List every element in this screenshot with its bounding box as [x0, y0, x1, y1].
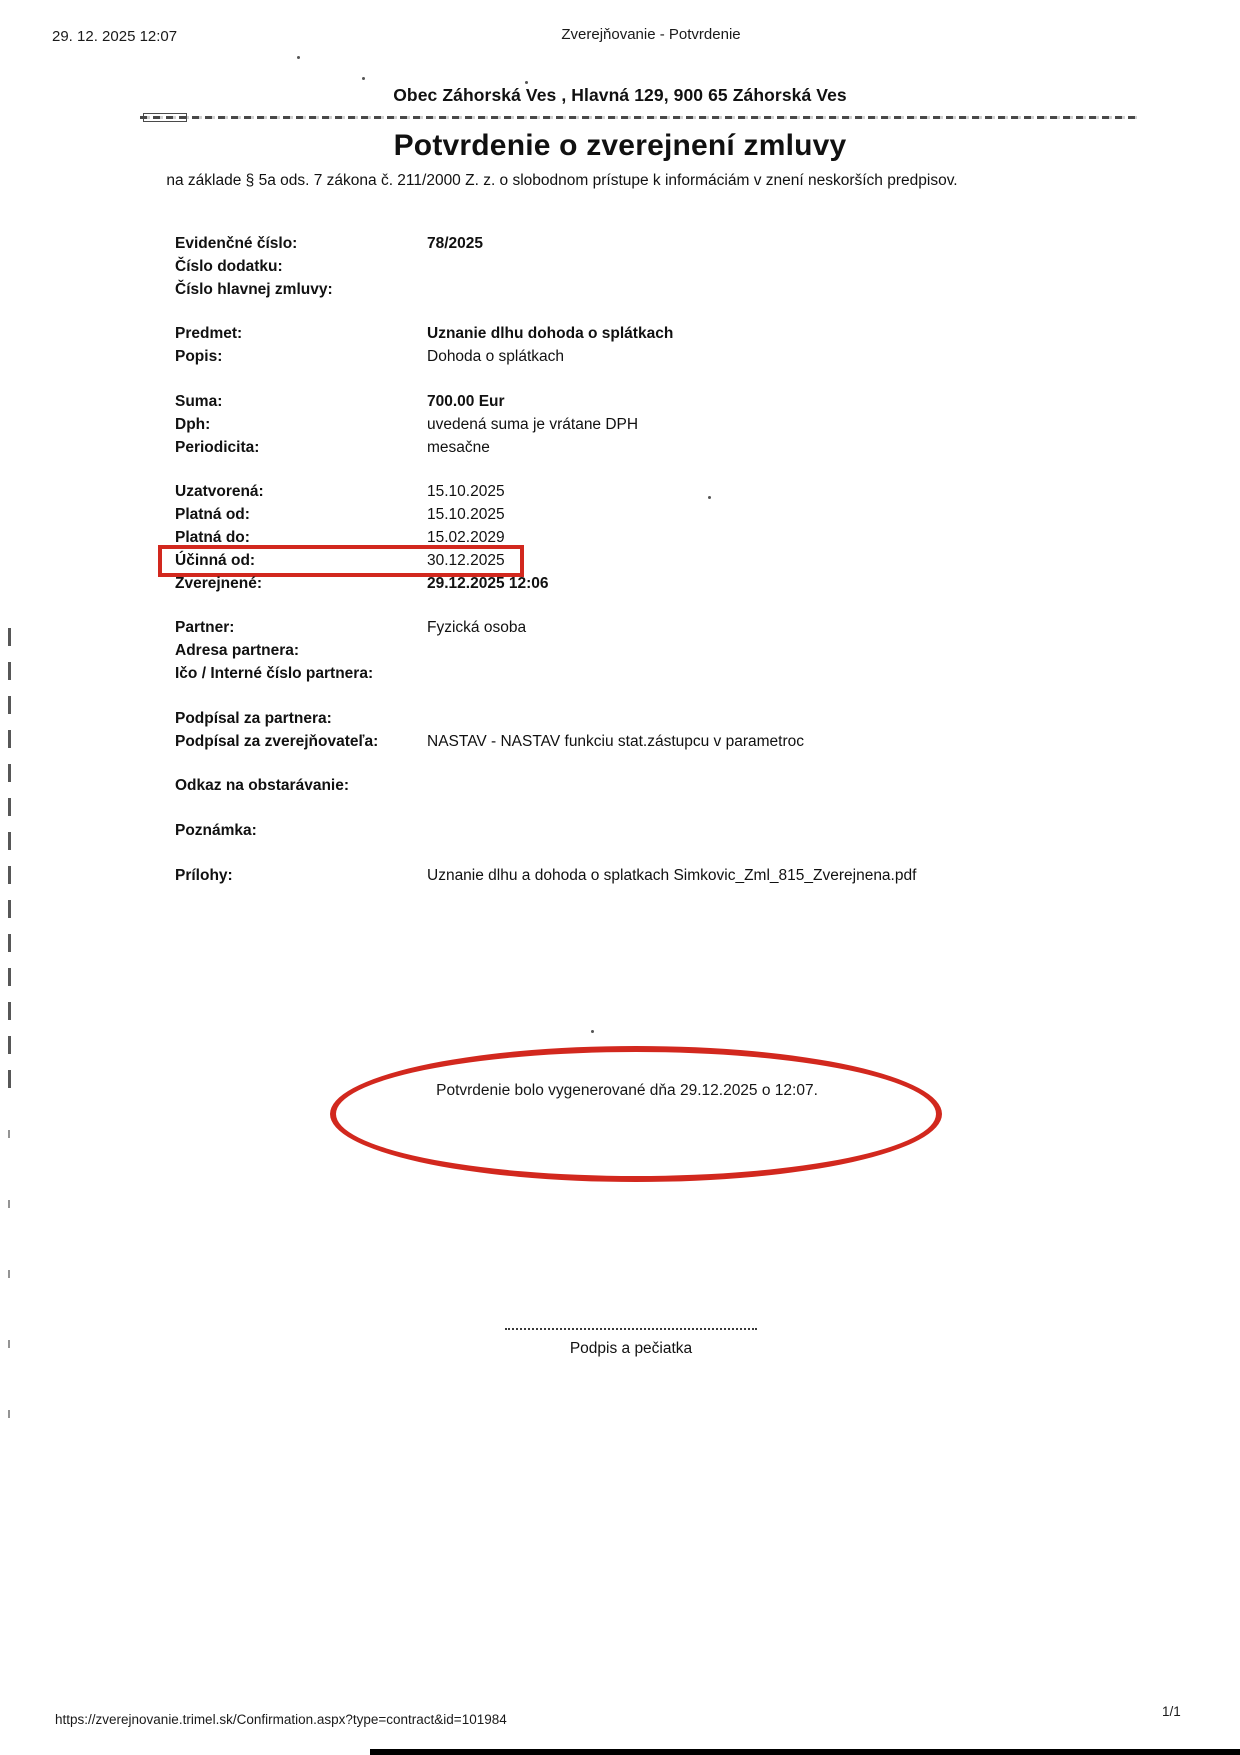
field-ico-interne-cislo-partnera: Ičo / Interné číslo partnera:	[175, 663, 1200, 686]
field-label: Prílohy:	[175, 865, 427, 888]
page-number: 1/1	[1162, 1704, 1181, 1719]
field-value: mesačne	[427, 437, 490, 460]
field-group-dates: Uzatvorená: 15.10.2025 Platná od: 15.10.…	[175, 481, 1200, 595]
field-label: Ičo / Interné číslo partnera:	[175, 663, 427, 686]
red-ellipse-annotation: Potvrdenie bolo vygenerované dňa 29.12.2…	[330, 1046, 942, 1182]
field-cislo-dodatku: Číslo dodatku:	[175, 256, 1200, 279]
field-adresa-partnera: Adresa partnera:	[175, 640, 1200, 663]
field-group-identification: Evidenčné číslo: 78/2025 Číslo dodatku: …	[175, 233, 1200, 301]
field-value: 15.10.2025	[427, 504, 505, 527]
field-partner: Partner: Fyzická osoba	[175, 617, 1200, 640]
signature-dotted-line	[505, 1327, 757, 1330]
field-value: 29.12.2025 12:06	[427, 573, 549, 596]
field-label: Platná do:	[175, 527, 427, 550]
field-label: Platná od:	[175, 504, 427, 527]
field-value: 78/2025	[427, 233, 483, 256]
scan-speck	[708, 496, 711, 499]
field-suma: Suma: 700.00 Eur	[175, 391, 1200, 414]
field-odkaz-na-obstaravanie: Odkaz na obstarávanie:	[175, 775, 1200, 798]
field-label: Suma:	[175, 391, 427, 414]
field-group-procurement: Odkaz na obstarávanie:	[175, 775, 1200, 798]
field-poznamka: Poznámka:	[175, 820, 1200, 843]
field-group-note: Poznámka:	[175, 820, 1200, 843]
field-podpisal-za-zverejnovatela: Podpísal za zverejňovateľa: NASTAV - NAS…	[175, 731, 1200, 754]
field-prilohy: Prílohy: Uznanie dlhu a dohoda o splatka…	[175, 865, 1200, 888]
scan-speck	[362, 77, 365, 80]
scan-speck	[591, 1030, 594, 1033]
field-value: Fyzická osoba	[427, 617, 526, 640]
field-predmet: Predmet: Uznanie dlhu dohoda o splátkach	[175, 323, 1200, 346]
scan-bottom-bar-artifact	[370, 1749, 1240, 1755]
field-label: Číslo dodatku:	[175, 256, 427, 279]
scan-edge-artifact	[8, 1130, 10, 1460]
print-doc-title: Zverejňovanie - Potvrdenie	[0, 26, 1240, 43]
scan-divider-line	[140, 116, 1137, 119]
field-group-partner: Partner: Fyzická osoba Adresa partnera: …	[175, 617, 1200, 685]
scan-speck	[297, 56, 300, 59]
field-label: Evidenčné číslo:	[175, 233, 427, 256]
field-value: Dohoda o splátkach	[427, 346, 564, 369]
field-value: 700.00 Eur	[427, 391, 505, 414]
field-periodicita: Periodicita: mesačne	[175, 437, 1200, 460]
field-label: Poznámka:	[175, 820, 427, 843]
field-uzatvorena: Uzatvorená: 15.10.2025	[175, 481, 1200, 504]
field-podpisal-za-partnera: Podpísal za partnera:	[175, 708, 1200, 731]
field-evidencne-cislo: Evidenčné číslo: 78/2025	[175, 233, 1200, 256]
field-value: 15.10.2025	[427, 481, 505, 504]
field-label: Adresa partnera:	[175, 640, 427, 663]
field-label: Podpísal za partnera:	[175, 708, 427, 731]
document-title: Potvrdenie o zverejnení zmluvy	[0, 129, 1240, 163]
document-page: 29. 12. 2025 12:07 Zverejňovanie - Potvr…	[0, 0, 1240, 1755]
field-platna-do: Platná do: 15.02.2029	[175, 527, 1200, 550]
field-group-signers: Podpísal za partnera: Podpísal za zverej…	[175, 708, 1200, 754]
footer-url: https://zverejnovanie.trimel.sk/Confirma…	[55, 1712, 507, 1727]
field-ucinna-od: Účinná od: 30.12.2025	[175, 550, 1200, 573]
field-label: Partner:	[175, 617, 427, 640]
field-value: 30.12.2025	[427, 550, 505, 573]
field-label: Dph:	[175, 414, 427, 437]
organization-heading: Obec Záhorská Ves , Hlavná 129, 900 65 Z…	[0, 85, 1240, 106]
field-label: Zverejnené:	[175, 573, 427, 596]
signature-caption: Podpis a pečiatka	[495, 1340, 767, 1358]
scan-divider-mark	[143, 113, 187, 122]
field-label: Podpísal za zverejňovateľa:	[175, 731, 427, 754]
scan-speck	[525, 81, 528, 84]
field-value: NASTAV - NASTAV funkciu stat.zástupcu v …	[427, 731, 804, 754]
field-group-attachments: Prílohy: Uznanie dlhu a dohoda o splatka…	[175, 865, 1200, 888]
field-value: Uznanie dlhu a dohoda o splatkach Simkov…	[427, 865, 916, 888]
field-label: Účinná od:	[175, 550, 427, 573]
document-subtitle: na základe § 5a ods. 7 zákona č. 211/200…	[0, 172, 1124, 190]
field-label: Uzatvorená:	[175, 481, 427, 504]
generated-note: Potvrdenie bolo vygenerované dňa 29.12.2…	[336, 1082, 918, 1100]
field-platna-od: Platná od: 15.10.2025	[175, 504, 1200, 527]
field-zverejnene: Zverejnené: 29.12.2025 12:06	[175, 573, 1200, 596]
scan-edge-artifact	[8, 628, 11, 1098]
field-cislo-hlavnej-zmluvy: Číslo hlavnej zmluvy:	[175, 279, 1200, 302]
field-label: Odkaz na obstarávanie:	[175, 775, 427, 798]
field-label: Číslo hlavnej zmluvy:	[175, 279, 427, 302]
field-label: Periodicita:	[175, 437, 427, 460]
field-value: 15.02.2029	[427, 527, 505, 550]
field-group-subject: Predmet: Uznanie dlhu dohoda o splátkach…	[175, 323, 1200, 369]
field-label: Popis:	[175, 346, 427, 369]
field-popis: Popis: Dohoda o splátkach	[175, 346, 1200, 369]
field-label: Predmet:	[175, 323, 427, 346]
field-value: Uznanie dlhu dohoda o splátkach	[427, 323, 673, 346]
field-group-amount: Suma: 700.00 Eur Dph: uvedená suma je vr…	[175, 391, 1200, 459]
fields-section: Evidenčné číslo: 78/2025 Číslo dodatku: …	[175, 233, 1200, 910]
field-value: uvedená suma je vrátane DPH	[427, 414, 638, 437]
field-dph: Dph: uvedená suma je vrátane DPH	[175, 414, 1200, 437]
